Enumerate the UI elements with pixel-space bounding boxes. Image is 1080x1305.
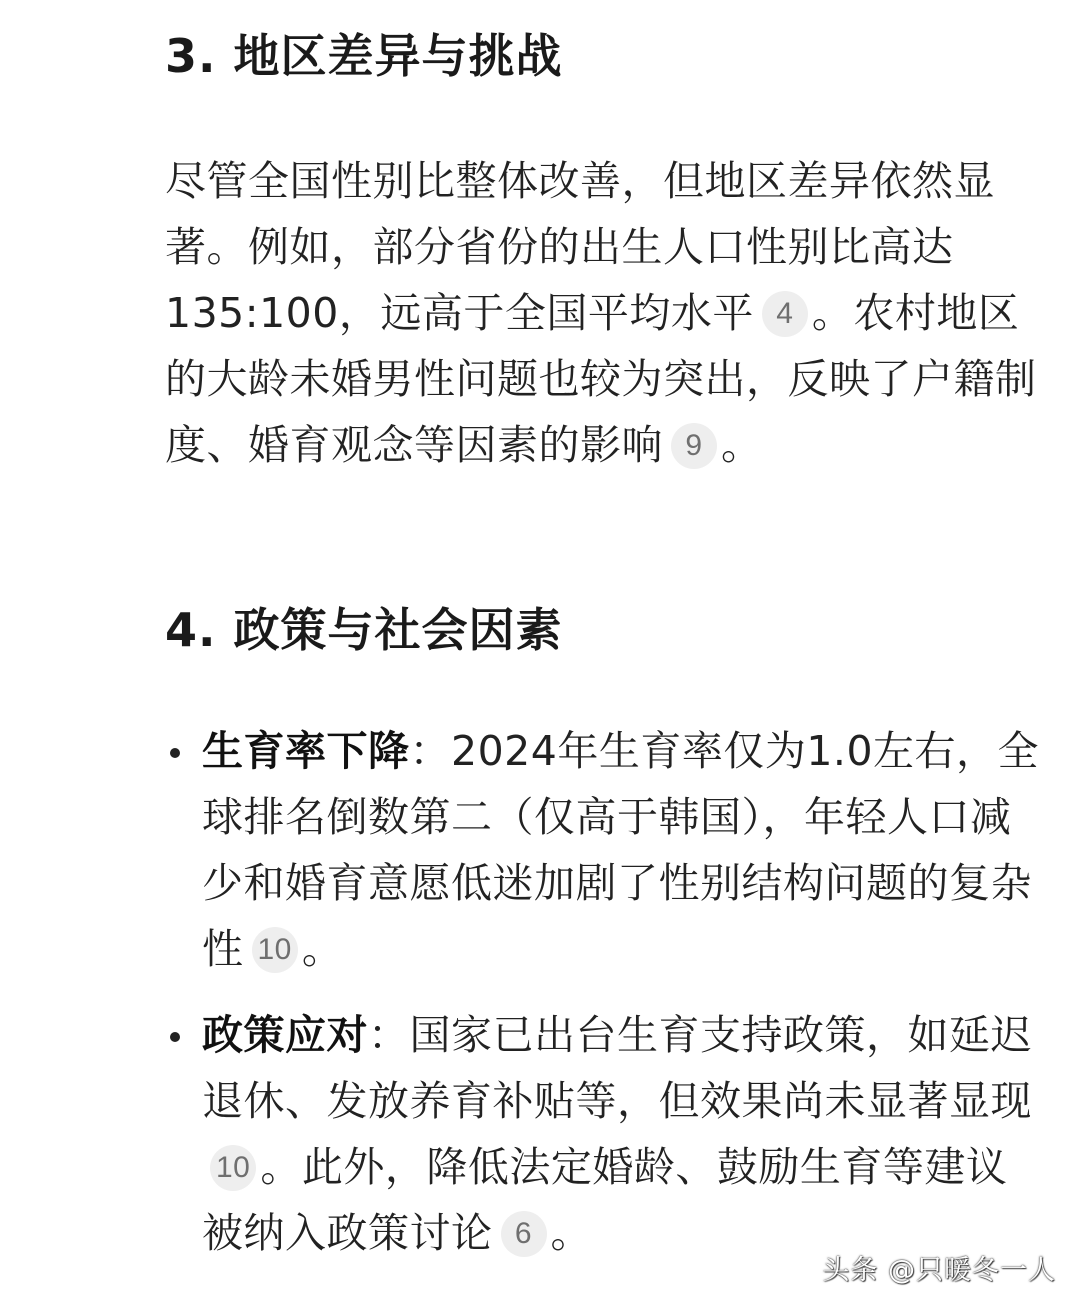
bullet-label: 生育率下降 [202,727,410,775]
bullet-tail: 。 [302,925,344,973]
bullet-separator: ： [410,727,452,775]
citation-badge[interactable]: 10 [210,1145,256,1191]
policy-bullet-list: 生育率下降：2024年生育率仅为1.0左右，全球排名倒数第二（仅高于韩国），年轻… [165,718,1045,1286]
section-heading-policy-social-factors: 4. 政策与社会因素 [165,602,563,658]
bullet-tail: 。 [551,1209,593,1257]
section-heading-regional-differences: 3. 地区差异与挑战 [165,28,563,84]
bullet-dot-icon [170,1032,180,1042]
bullet-dot-icon [170,748,180,758]
section3-paragraph: 尽管全国性别比整体改善，但地区差异依然显著。例如，部分省份的出生人口性别比高达1… [165,148,1045,478]
paragraph-text: 。 [721,421,763,469]
list-item-policy-response: 政策应对：国家已出台生育支持政策，如延迟退休、发放养育补贴等，但效果尚未显著显现… [165,1002,1045,1266]
citation-badge[interactable]: 9 [671,423,717,469]
bullet-label: 政策应对 [202,1011,368,1059]
list-item-fertility-decline: 生育率下降：2024年生育率仅为1.0左右，全球排名倒数第二（仅高于韩国），年轻… [165,718,1045,982]
bullet-text: 。此外，降低法定婚龄、鼓励生育等建议被纳入政策讨论 [202,1143,1007,1257]
citation-badge[interactable]: 6 [501,1211,547,1257]
watermark: 头条 @只暖冬一人 [822,1248,1056,1287]
citation-badge[interactable]: 4 [762,291,808,337]
bullet-separator: ： [368,1011,410,1059]
citation-badge[interactable]: 10 [252,927,298,973]
